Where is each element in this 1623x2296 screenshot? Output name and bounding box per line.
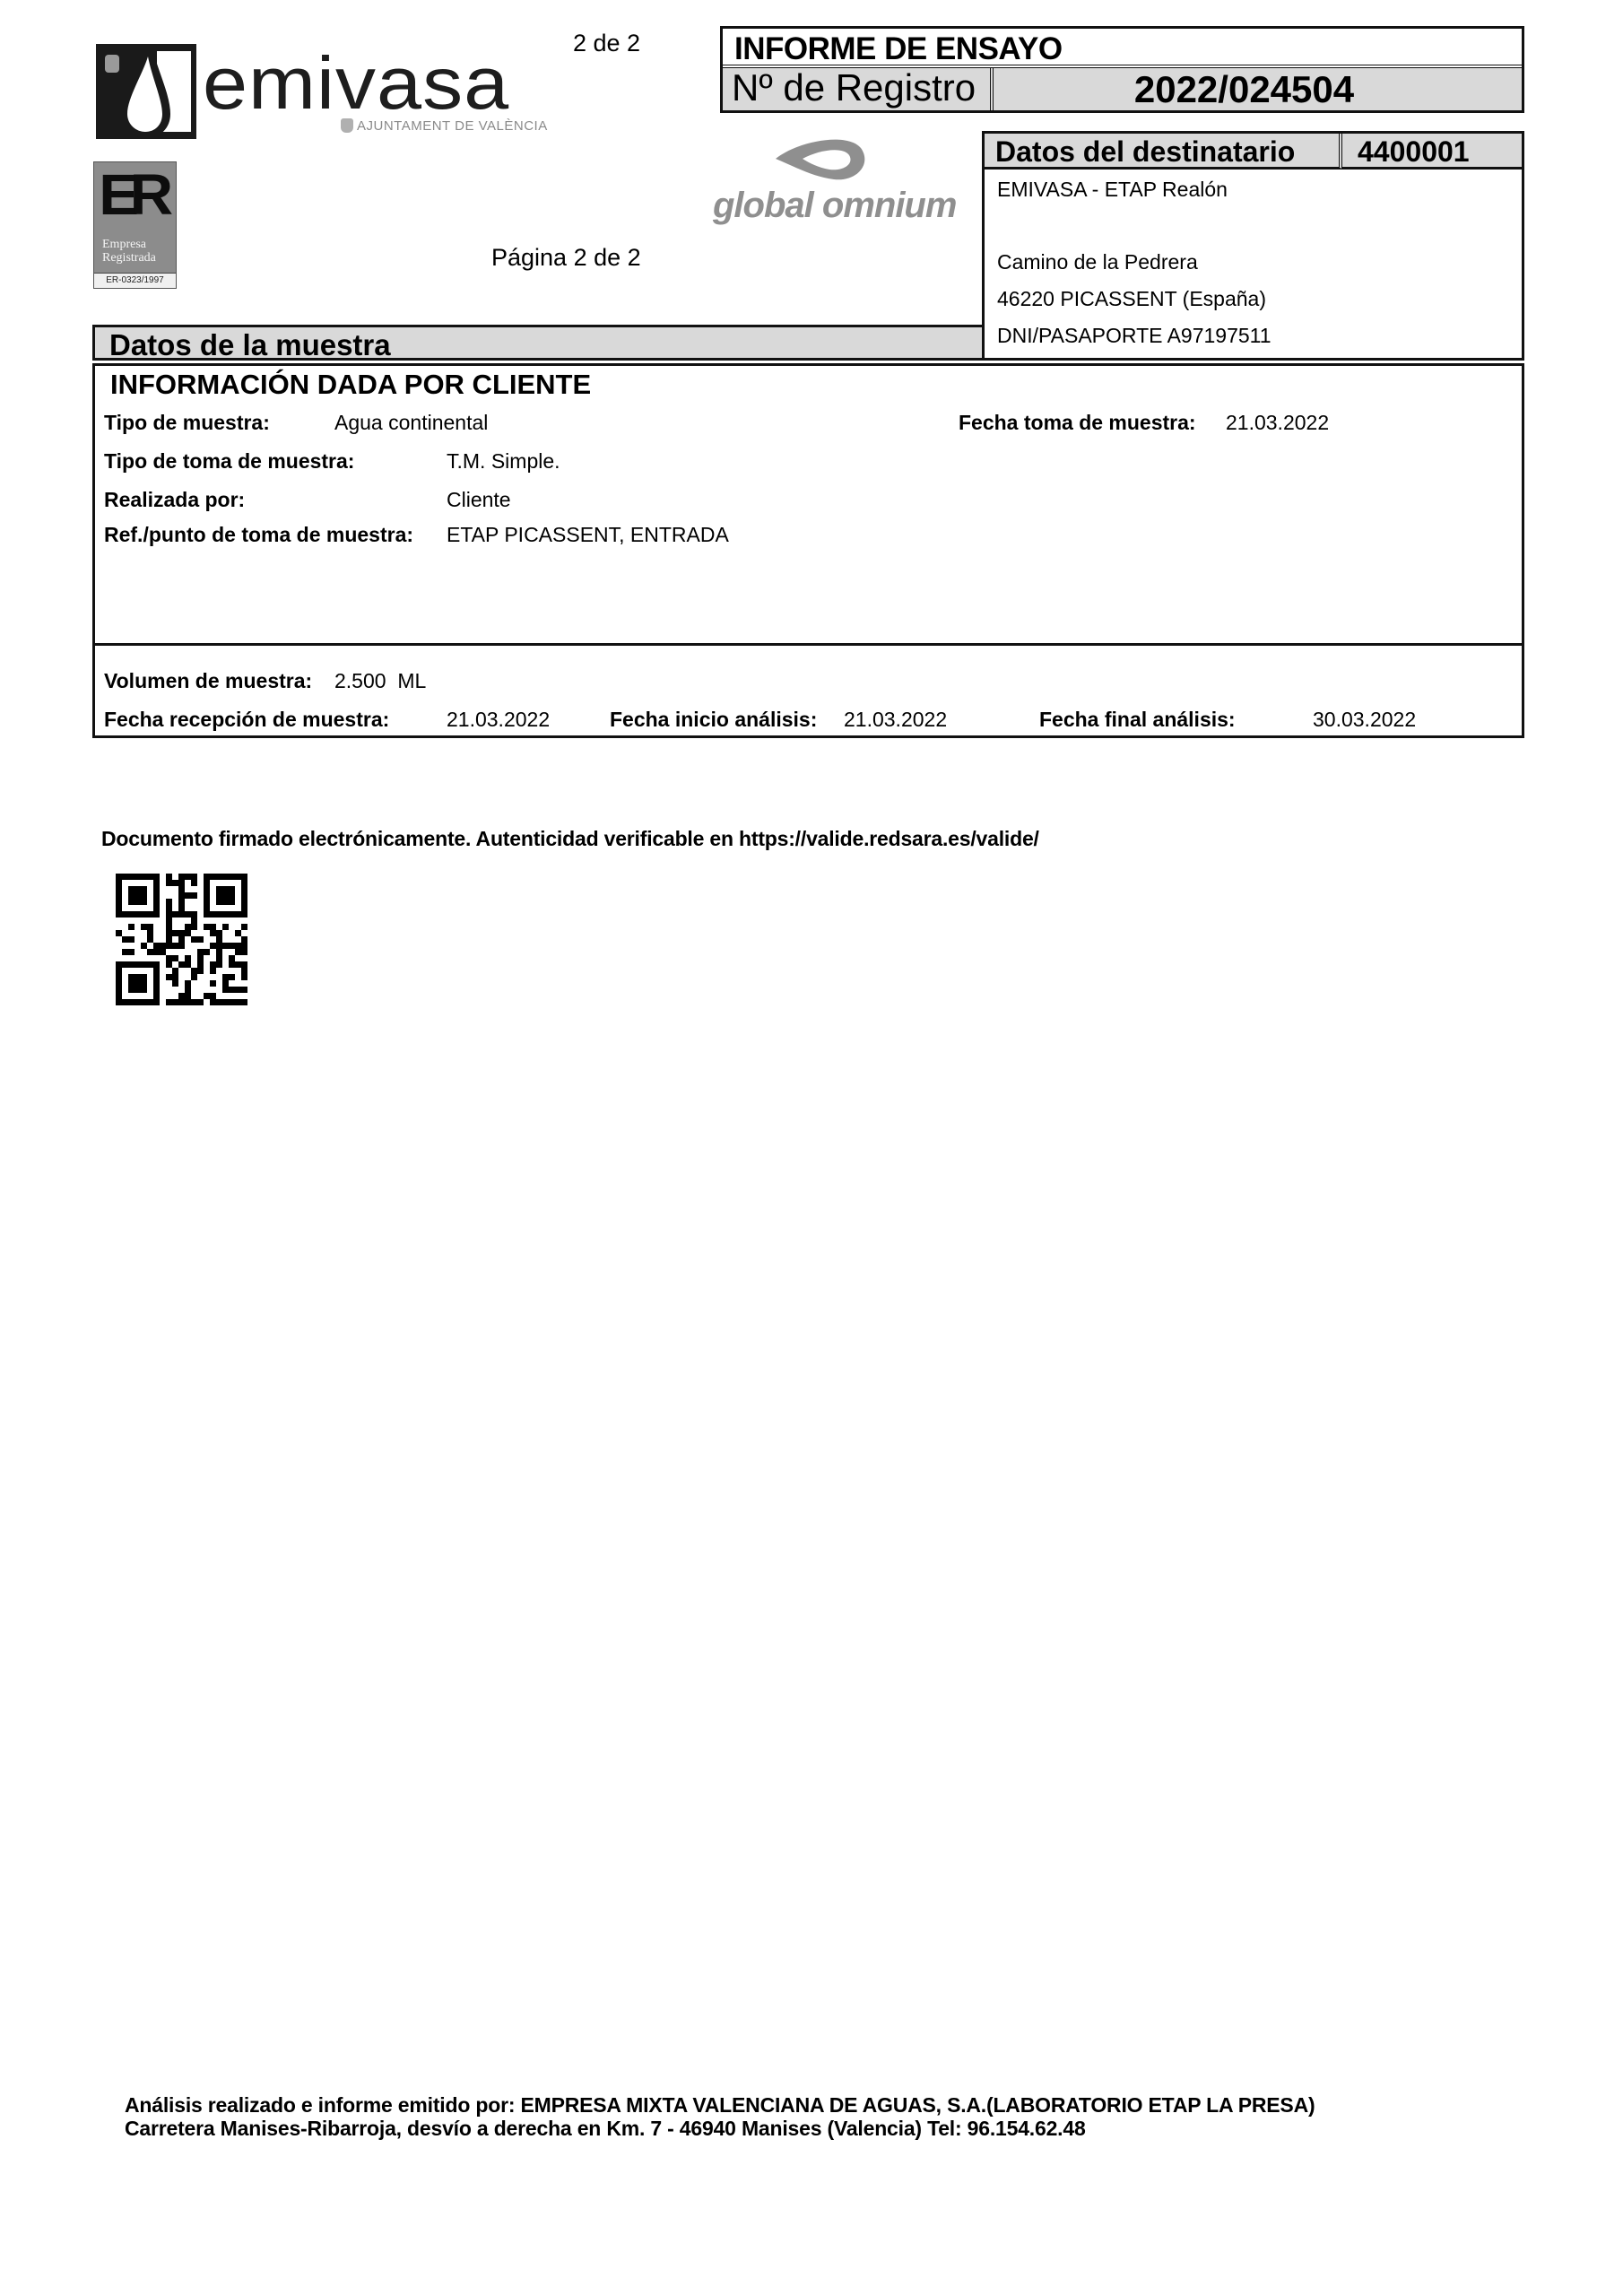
- report-header-box: INFORME DE ENSAYO Nº de Registro 2022/02…: [720, 26, 1524, 113]
- report-title: INFORME DE ENSAYO: [734, 31, 1063, 67]
- recipient-label: Datos del destinatario: [995, 135, 1295, 169]
- emivasa-logo-mark: [96, 44, 196, 139]
- field-value: T.M. Simple.: [447, 449, 560, 474]
- field-label: Fecha recepción de muestra:: [104, 708, 389, 732]
- field-label: Fecha toma de muestra:: [959, 411, 1196, 435]
- recipient-city: 46220 PICASSENT (España): [997, 287, 1266, 311]
- recipient-box: Datos del destinatario 4400001 EMIVASA -…: [982, 131, 1524, 361]
- field-value: 21.03.2022: [447, 708, 550, 732]
- field-value: 2.500 ML: [334, 669, 426, 693]
- certification-text-2: Registrada: [102, 251, 156, 265]
- partner-name: global omnium: [713, 186, 956, 226]
- registro-label: Nº de Registro: [732, 66, 976, 109]
- field-label: Tipo de muestra:: [104, 411, 270, 435]
- field-label: Ref./punto de toma de muestra:: [104, 523, 413, 547]
- field-label: Volumen de muestra:: [104, 669, 312, 693]
- qr-code-icon[interactable]: [116, 874, 247, 1005]
- certification-badge: ER Empresa Registrada ER-0323/1997: [93, 161, 177, 289]
- certification-code: ER-0323/1997: [94, 273, 176, 288]
- field-label: Realizada por:: [104, 488, 245, 512]
- water-drop-icon: [96, 44, 196, 139]
- brand-name: emivasa: [203, 47, 509, 121]
- recipient-id: DNI/PASAPORTE A97197511: [997, 324, 1271, 348]
- field-value: 21.03.2022: [1226, 411, 1329, 435]
- sample-section-header: Datos de la muestra: [92, 325, 985, 361]
- field-value: 30.03.2022: [1313, 708, 1416, 732]
- client-info-heading: INFORMACIÓN DADA POR CLIENTE: [110, 369, 591, 401]
- brand-subtitle: AJUNTAMENT DE VALÈNCIA: [341, 118, 548, 134]
- field-value: Cliente: [447, 488, 511, 512]
- field-label: Fecha final análisis:: [1039, 708, 1236, 732]
- certification-letters: ER: [99, 166, 163, 223]
- footer-line-2: Carretera Manises-Ribarroja, desvío a de…: [125, 2117, 1315, 2140]
- field-value: ETAP PICASSENT, ENTRADA: [447, 523, 729, 547]
- footer-line-1: Análisis realizado e informe emitido por…: [125, 2093, 1315, 2117]
- page-label: Página 2 de 2: [491, 244, 641, 272]
- sample-info-box: INFORMACIÓN DADA POR CLIENTE Tipo de mue…: [92, 363, 1524, 738]
- sample-section-title: Datos de la muestra: [109, 328, 391, 362]
- signature-notice: Documento firmado electrónicamente. Aute…: [101, 827, 1039, 851]
- certification-text-1: Empresa: [102, 238, 156, 251]
- recipient-code: 4400001: [1358, 135, 1470, 169]
- section-divider: [95, 643, 1522, 646]
- field-label: Fecha inicio análisis:: [610, 708, 817, 732]
- footer: Análisis realizado e informe emitido por…: [125, 2093, 1315, 2140]
- recipient-name: EMIVASA - ETAP Realón: [997, 178, 1228, 202]
- field-label: Tipo de toma de muestra:: [104, 449, 354, 474]
- recipient-street: Camino de la Pedrera: [997, 250, 1198, 274]
- field-value: Agua continental: [334, 411, 488, 435]
- registro-number: 2022/024504: [994, 68, 1522, 111]
- field-value: 21.03.2022: [844, 708, 947, 732]
- page-counter: 2 de 2: [573, 30, 640, 57]
- crest-icon: [341, 118, 353, 133]
